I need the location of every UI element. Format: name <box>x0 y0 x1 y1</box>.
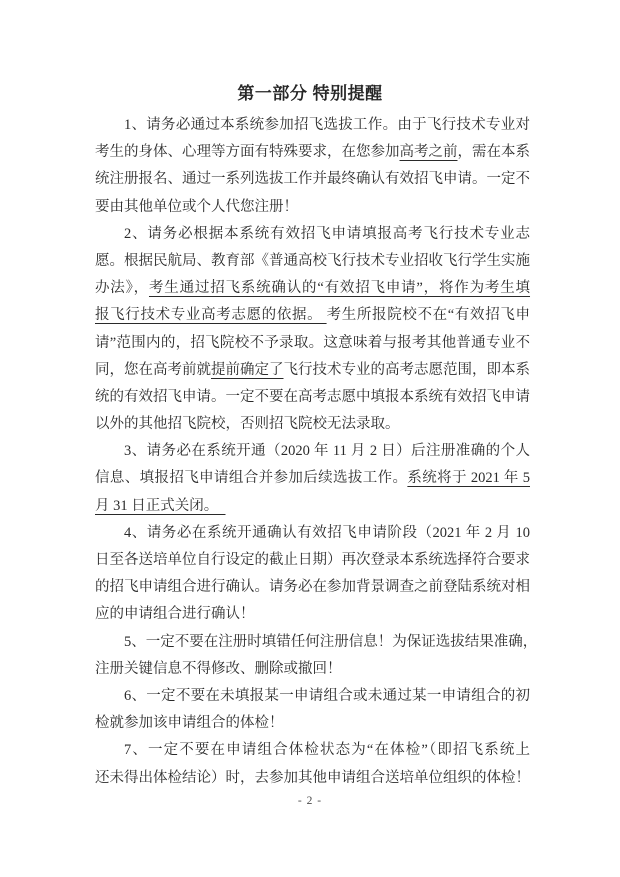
text-segment: 1、请务必通过本系统参加招飞选拔工作。由于飞行技术专业对 <box>124 117 530 133</box>
text-line: 月 31 日正式关闭。 <box>95 493 530 520</box>
text-line: 2、请务必根据本系统有效招飞申请填报高考飞行技术专业志 <box>95 221 530 248</box>
underlined-segment: 提前确定了 <box>211 362 284 378</box>
text-segment: 以外的其他招飞院校，否则招飞院校无法录取。 <box>95 416 400 432</box>
text-segment: 4、请务必在系统开通确认有效招飞申请阶段（2021 年 2 月 10 <box>124 525 530 541</box>
text-segment: 检就参加该申请组合的体检！ <box>95 715 284 731</box>
text-line: 还未得出体检结论）时，去参加其他申请组合送培单位组织的体检！ <box>95 765 530 792</box>
text-line: 4、请务必在系统开通确认有效招飞申请阶段（2021 年 2 月 10 <box>95 520 530 547</box>
text-segment: 还未得出体检结论）时，去参加其他申请组合送培单位组织的体检！ <box>95 770 530 786</box>
text-line: 统注册报名、通过一系列选拔工作并最终确认有效招飞申请。一定不 <box>95 166 530 193</box>
text-segment: 考生所报院校不在“有效招飞申 <box>327 307 530 323</box>
text-line: 考生的身体、心理等方面有特殊要求，在您参加高考之前，需在本系 <box>95 139 530 166</box>
paragraph-3: 3、请务必在系统开通（2020 年 11 月 2 日）后注册准确的个人信息、填报… <box>95 438 530 520</box>
underlined-segment: 高考之前 <box>400 144 458 160</box>
text-segment: 的招飞申请组合进行确认。请务必在参加背景调查之前登陆系统对相 <box>95 579 530 595</box>
text-line: 同，您在高考前就提前确定了飞行技术专业的高考志愿范围，即本系 <box>95 357 530 384</box>
text-segment: 同，您在高考前就 <box>95 362 211 378</box>
text-segment: 统注册报名、通过一系列选拔工作并最终确认有效招飞申请。一定不 <box>95 171 530 187</box>
text-line: 检就参加该申请组合的体检！ <box>95 710 530 737</box>
text-segment: 应的申请组合进行确认！ <box>95 606 255 622</box>
text-line: 统的有效招飞申请。一定不要在高考志愿中填报本系统有效招飞申请 <box>95 384 530 411</box>
document-page: 第一部分 特别提醒 1、请务必通过本系统参加招飞选拔工作。由于飞行技术专业对考生… <box>0 0 620 877</box>
text-line: 报飞行技术专业高考志愿的依据。 考生所报院校不在“有效招飞申 <box>95 302 530 329</box>
text-segment: ，需在本系 <box>458 144 531 160</box>
text-line: 要由其他单位或个人代您注册！ <box>95 194 530 221</box>
text-segment: 7、一定不要在申请组合体检状态为“在体检”（即招飞系统上 <box>124 742 530 758</box>
paragraph-1: 1、请务必通过本系统参加招飞选拔工作。由于飞行技术专业对考生的身体、心理等方面有… <box>95 112 530 221</box>
text-segment: 2、请务必根据本系统有效招飞申请填报高考飞行技术专业志 <box>124 226 530 242</box>
text-line: 6、一定不要在未填报某一申请组合或未通过某一申请组合的初 <box>95 683 530 710</box>
document-body: 1、请务必通过本系统参加招飞选拔工作。由于飞行技术专业对考生的身体、心理等方面有… <box>95 112 530 792</box>
text-segment: 6、一定不要在未填报某一申请组合或未通过某一申请组合的初 <box>124 688 530 704</box>
text-segment: 注册关键信息不得修改、删除或撤回！ <box>95 661 342 677</box>
page-number: - 2 - <box>0 795 620 807</box>
text-segment: 请”范围内的，招飞院校不予录取。这意味着与报考其他普通专业不 <box>95 335 530 351</box>
paragraph-5: 5、一定不要在注册时填错任何注册信息！为保证选拔结果准确，注册关键信息不得修改、… <box>95 629 530 683</box>
text-line: 5、一定不要在注册时填错任何注册信息！为保证选拔结果准确， <box>95 629 530 656</box>
underlined-segment: 考生通过招飞系统确认的“有效招飞申请”，将作为考生填 <box>149 280 530 296</box>
text-line: 7、一定不要在申请组合体检状态为“在体检”（即招飞系统上 <box>95 737 530 764</box>
text-segment: 飞行技术专业的高考志愿范围，即本系 <box>284 362 531 378</box>
text-line: 信息、填报招飞申请组合并参加后续选拔工作。系统将于 2021 年 5 <box>95 465 530 492</box>
text-segment: 3、请务必在系统开通（2020 年 11 月 2 日）后注册准确的个人 <box>124 443 530 459</box>
text-line: 1、请务必通过本系统参加招飞选拔工作。由于飞行技术专业对 <box>95 112 530 139</box>
text-line: 以外的其他招飞院校，否则招飞院校无法录取。 <box>95 411 530 438</box>
text-line: 3、请务必在系统开通（2020 年 11 月 2 日）后注册准确的个人 <box>95 438 530 465</box>
underlined-segment: 系统将于 2021 年 5 <box>407 470 530 486</box>
text-segment: 信息、填报招飞申请组合并参加后续选拔工作。 <box>95 470 407 486</box>
text-line: 日至各送培单位自行设定的截止日期）再次登录本系统选择符合要求 <box>95 547 530 574</box>
text-segment: 考生的身体、心理等方面有特殊要求，在您参加 <box>95 144 400 160</box>
paragraph-6: 6、一定不要在未填报某一申请组合或未通过某一申请组合的初检就参加该申请组合的体检… <box>95 683 530 737</box>
paragraph-2: 2、请务必根据本系统有效招飞申请填报高考飞行技术专业志愿。根据民航局、教育部《普… <box>95 221 530 439</box>
page-title: 第一部分 特别提醒 <box>0 79 620 104</box>
text-segment: 愿。根据民航局、教育部《普通高校飞行技术专业招收飞行学生实施 <box>95 253 530 269</box>
text-line: 请”范围内的，招飞院校不予录取。这意味着与报考其他普通专业不 <box>95 330 530 357</box>
text-line: 应的申请组合进行确认！ <box>95 601 530 628</box>
text-line: 的招飞申请组合进行确认。请务必在参加背景调查之前登陆系统对相 <box>95 574 530 601</box>
text-line: 办法》，考生通过招飞系统确认的“有效招飞申请”，将作为考生填 <box>95 275 530 302</box>
text-segment: 统的有效招飞申请。一定不要在高考志愿中填报本系统有效招飞申请 <box>95 389 530 405</box>
text-segment: 办法》， <box>95 280 149 296</box>
text-line: 愿。根据民航局、教育部《普通高校飞行技术专业招收飞行学生实施 <box>95 248 530 275</box>
paragraph-7: 7、一定不要在申请组合体检状态为“在体检”（即招飞系统上还未得出体检结论）时，去… <box>95 737 530 791</box>
text-line: 注册关键信息不得修改、删除或撤回！ <box>95 656 530 683</box>
underlined-segment: 月 31 日正式关闭。 <box>95 498 226 514</box>
underlined-segment: 报飞行技术专业高考志愿的依据。 <box>95 307 327 323</box>
text-segment: 日至各送培单位自行设定的截止日期）再次登录本系统选择符合要求 <box>95 552 530 568</box>
text-segment: 5、一定不要在注册时填错任何注册信息！为保证选拔结果准确， <box>124 634 537 650</box>
paragraph-4: 4、请务必在系统开通确认有效招飞申请阶段（2021 年 2 月 10日至各送培单… <box>95 520 530 629</box>
text-segment: 要由其他单位或个人代您注册！ <box>95 199 298 215</box>
